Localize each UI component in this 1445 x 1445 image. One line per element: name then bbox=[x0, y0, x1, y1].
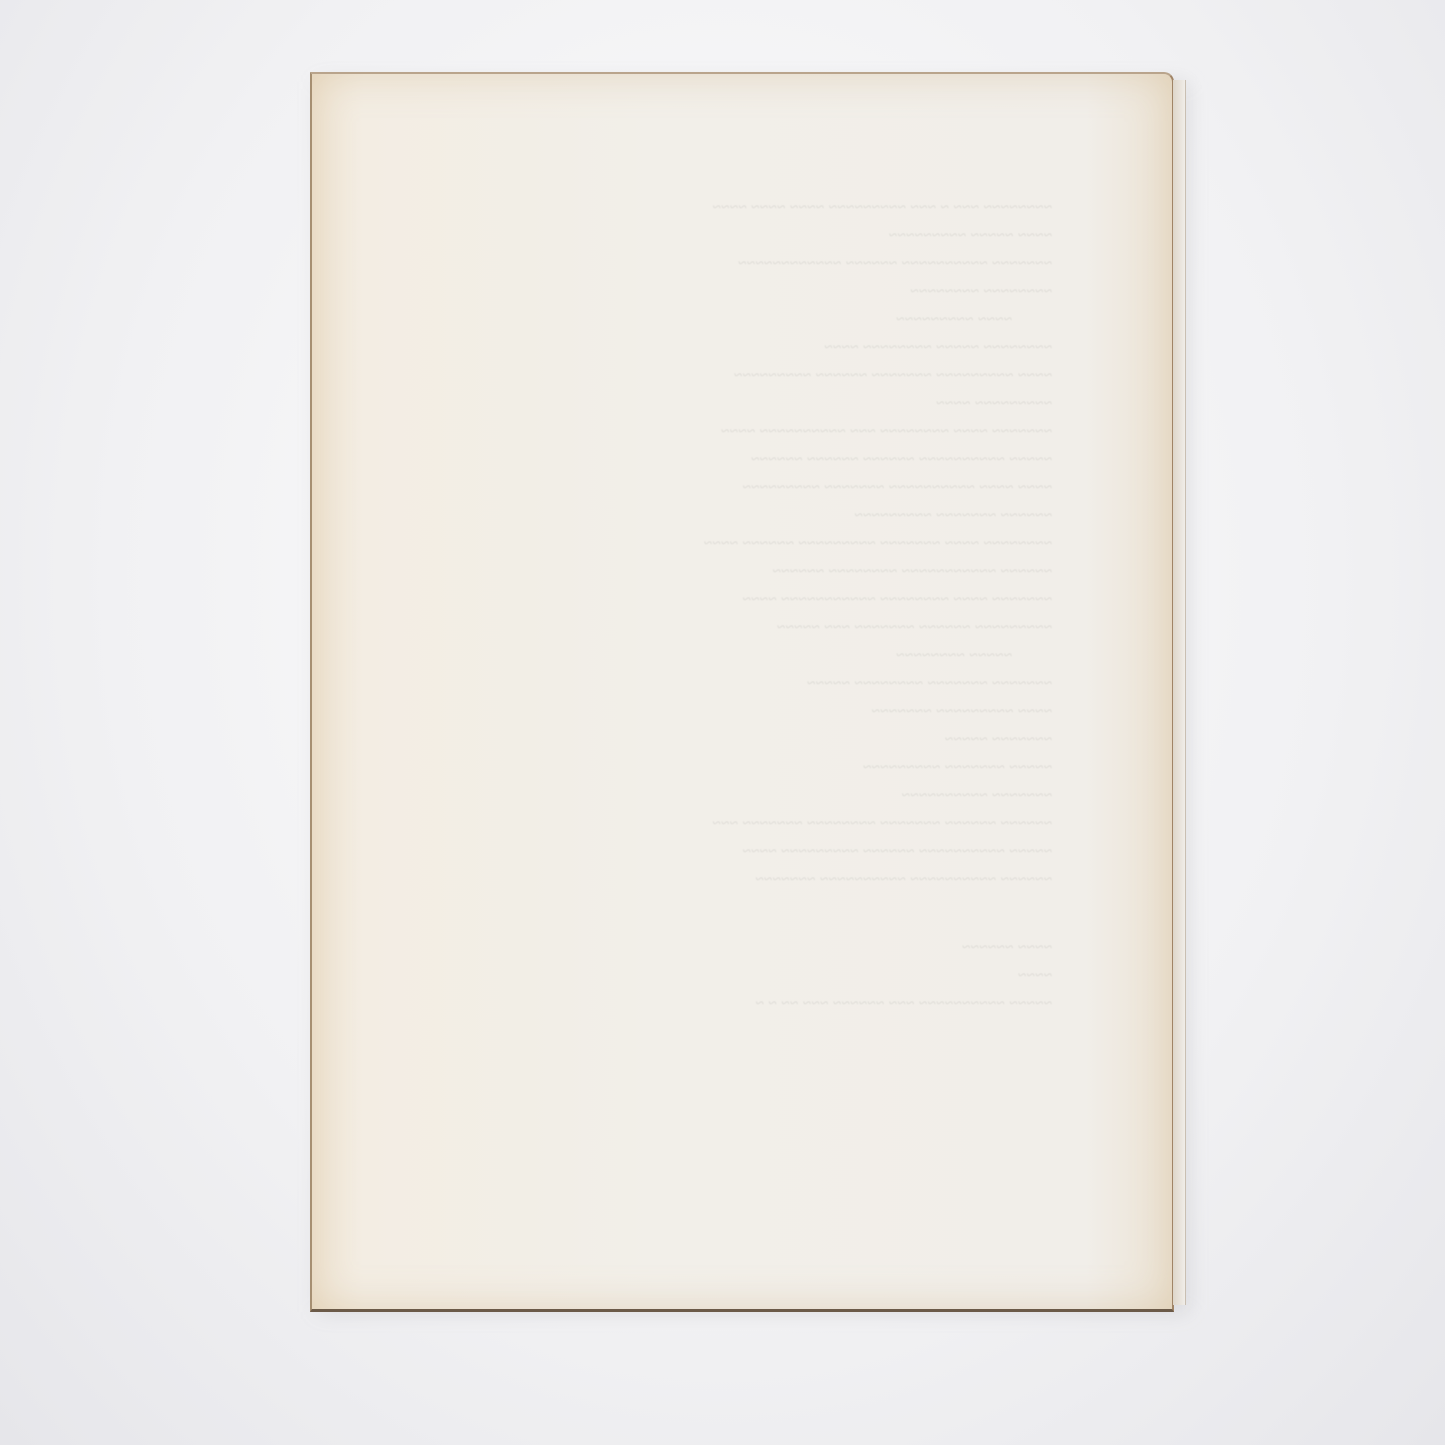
show-through-text: ~~~~~~~~ ~~~ ~ ~~~ ~~~~~~~~~ ~~~~ ~~~~ ~… bbox=[452, 194, 1052, 1018]
ghost-line: ~~~~ ~~~~~ ~~~~~~~~~ bbox=[452, 222, 1052, 250]
ghost-line: ~~~~~~~ ~~~~~~~~~~ ~~~~~~ ~~~~~~~~~~~~ bbox=[452, 250, 1052, 278]
ghost-line: ~~~~~ ~~~~~~~~~~ ~~~~~~ ~~~~~~ ~~~~~~ bbox=[452, 446, 1052, 474]
ghost-line: ~~~~~~~~ ~~~~~ ~~~~~~~~ ~~~~ bbox=[452, 334, 1052, 362]
ghost-line: ~~~~~~~~~ ~~~~~~ ~~~~~~~ ~~~ ~~~~~ bbox=[452, 614, 1052, 642]
ghost-line: ~~~~~~~ ~~~~~~~ ~~~~~~~~ ~~~~~ bbox=[452, 670, 1052, 698]
ghost-line: ~~~~~~~ ~~~~ ~~~~~~~~ ~~~~~~~~~~~ ~~~~ bbox=[452, 586, 1052, 614]
ghost-line: ~~~~ ~~~~~~~~~ ~~~~~~~ ~~~~~~ ~~~~~~~~~ bbox=[452, 362, 1052, 390]
ghost-line: ~~~~~ ~~~~~~~~~~ ~~~ ~~~~~~ ~~~ ~~ ~ ~ bbox=[452, 990, 1052, 1018]
ghost-line: ~~~~ ~~~~ ~~~~~~~~~~ ~~~~~~~ ~~~~~~~~~ bbox=[452, 474, 1052, 502]
ghost-line: ~~~~~ ~~~~~~~~~~ ~~~~~~ ~~~~~~~~~ ~~~~ bbox=[452, 838, 1052, 866]
ghost-line: ~~~~~~~ ~~~~~ bbox=[452, 726, 1052, 754]
ghost-line: ~~~~ bbox=[452, 962, 1052, 990]
ghost-line: ~~~~~~ ~~~~~~~ ~~~~~~~~~ bbox=[452, 502, 1052, 530]
ghost-line: ~~~~~~ ~~~~~~~~~~~ ~~~~~~~~ ~~~~~~ bbox=[452, 558, 1052, 586]
ghost-line: ~~~~~~~ ~~~~~~~~~~ bbox=[452, 782, 1052, 810]
ghost-line: ~~~~ ~~~~~~~~~ ~~~~~~~ bbox=[452, 698, 1052, 726]
book-back-cover: ~~~~~~~~ ~~~ ~ ~~~ ~~~~~~~~~ ~~~~ ~~~~ ~… bbox=[310, 72, 1174, 1312]
ghost-line: ~~~~~~ ~~~~~~ ~~~~~~~ ~~~~~~~~ ~~~~~~~ ~… bbox=[452, 810, 1052, 838]
ghost-line: ~~~~~~~~ ~~~~ ~~~~~~~ ~~~~~~~~~ ~~~~~~ ~… bbox=[452, 530, 1052, 558]
ghost-line: ~~~~~~ ~~~~~~~~~~ ~~~~~~~~~~ ~~~~~~~ bbox=[452, 866, 1052, 894]
ghost-line: ~~~~~ ~~~~~~~ ~~~~~~~~~ bbox=[452, 754, 1052, 782]
ghost-line: ~~~~~~~ ~~~~ ~~~~~~~~ ~~~ ~~~~~~~~~~ ~~~… bbox=[452, 418, 1052, 446]
page-edges bbox=[1173, 80, 1186, 1305]
ghost-line: ~~~~ ~~~~~~ bbox=[452, 934, 1052, 962]
ghost-line: ~~~~~~~~ ~~~~~~~~ bbox=[452, 278, 1052, 306]
ghost-line: ~~~~~~~~~ ~~~~ bbox=[452, 390, 1052, 418]
ghost-line: ~~~~~~~~ ~~~ ~ ~~~ ~~~~~~~~~ ~~~~ ~~~~ ~… bbox=[452, 194, 1052, 222]
ghost-line: ~~~~~ ~~~~~~~~ bbox=[452, 642, 1052, 670]
ghost-line: ~~~~ ~~~~~~~~~ bbox=[452, 306, 1052, 334]
